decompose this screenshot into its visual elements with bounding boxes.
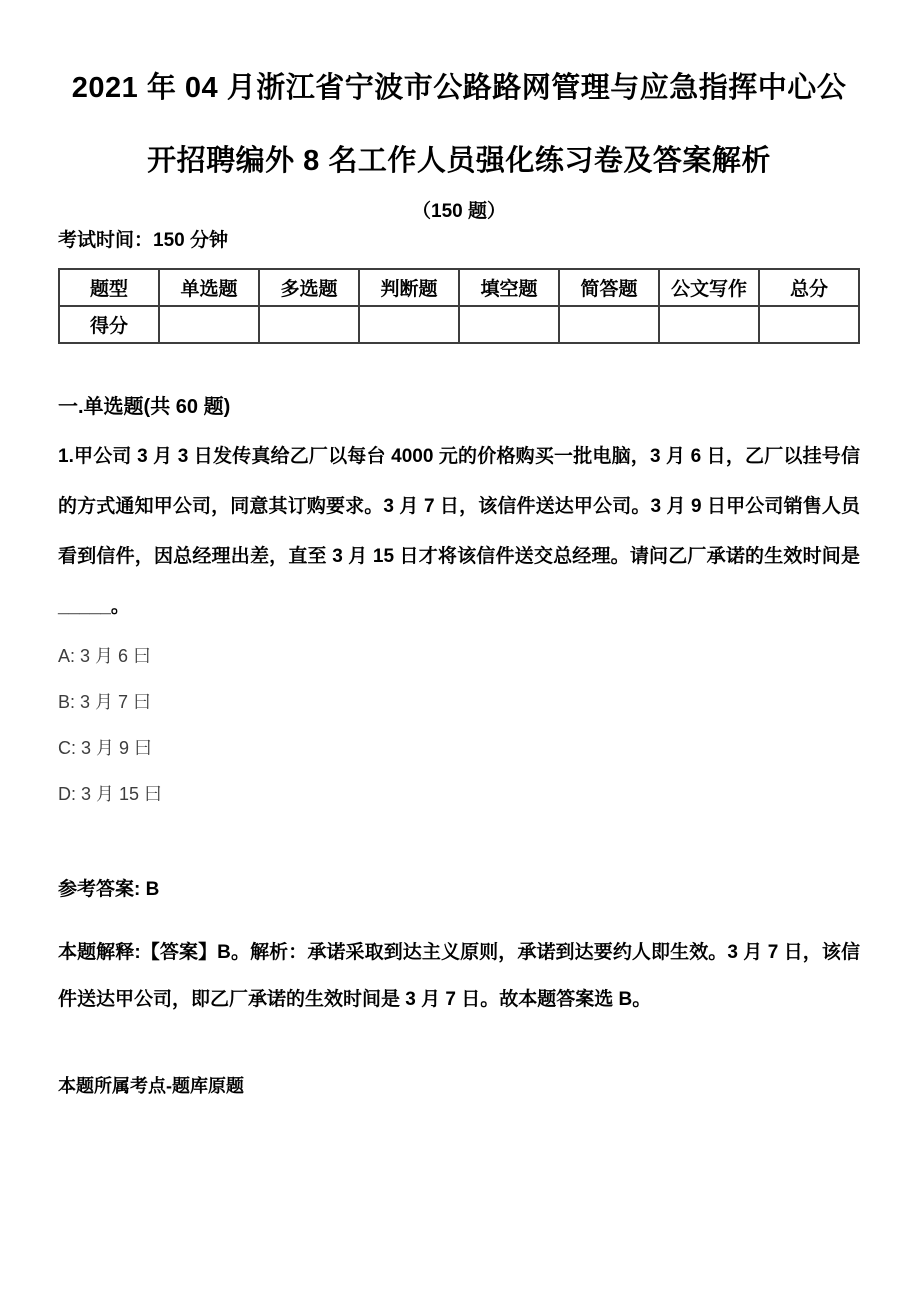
reference-answer: 参考答案: B	[58, 877, 860, 903]
score-table-header-official-writing: 公文写作	[659, 269, 759, 306]
score-table-header-short-answer: 简答题	[559, 269, 659, 306]
score-table-header-multi-choice: 多选题	[259, 269, 359, 306]
score-table: 题型 单选题 多选题 判断题 填空题 简答题 公文写作 总分 得分	[58, 268, 860, 344]
score-table-score-row: 得分	[59, 306, 859, 343]
question-1-options: A: 3 月 6 曰 B: 3 月 7 曰 C: 3 月 9 曰 D: 3 月 …	[58, 632, 860, 816]
exam-point-note: 本题所属考点-题库原题	[58, 1073, 860, 1099]
document-title: 2021 年 04 月浙江省宁波市公路路网管理与应急指挥中心公开招聘编外 8 名…	[58, 52, 860, 198]
score-table-header-true-false: 判断题	[359, 269, 459, 306]
option-d: D: 3 月 15 曰	[58, 770, 860, 816]
score-cell-multi-choice	[259, 306, 359, 343]
score-cell-single-choice	[159, 306, 259, 343]
question-1-text: 1.甲公司 3 月 3 日发传真给乙厂以每台 4000 元的价格购买一批电脑，3…	[58, 432, 860, 632]
score-table-header-single-choice: 单选题	[159, 269, 259, 306]
score-table-header-question-type: 题型	[59, 269, 159, 306]
exam-time-label: 考试时间：150 分钟	[58, 228, 860, 254]
document-page: 2021 年 04 月浙江省宁波市公路路网管理与应急指挥中心公开招聘编外 8 名…	[0, 0, 920, 1302]
answer-explanation: 本题解释:【答案】B。解析：承诺采取到达主义原则，承诺到达要约人即生效。3 月 …	[58, 929, 860, 1023]
score-cell-true-false	[359, 306, 459, 343]
question-count-subtitle: （150 题）	[58, 199, 860, 225]
option-c: C: 3 月 9 曰	[58, 724, 860, 770]
score-cell-official-writing	[659, 306, 759, 343]
option-a: A: 3 月 6 曰	[58, 632, 860, 678]
score-cell-fill-blank	[459, 306, 559, 343]
score-table-header-row: 题型 单选题 多选题 判断题 填空题 简答题 公文写作 总分	[59, 269, 859, 306]
score-cell-total	[759, 306, 859, 343]
section-heading-single-choice: 一.单选题(共 60 题)	[58, 394, 860, 420]
score-row-label: 得分	[59, 306, 159, 343]
score-table-header-fill-blank: 填空题	[459, 269, 559, 306]
option-b: B: 3 月 7 曰	[58, 678, 860, 724]
score-cell-short-answer	[559, 306, 659, 343]
score-table-header-total: 总分	[759, 269, 859, 306]
